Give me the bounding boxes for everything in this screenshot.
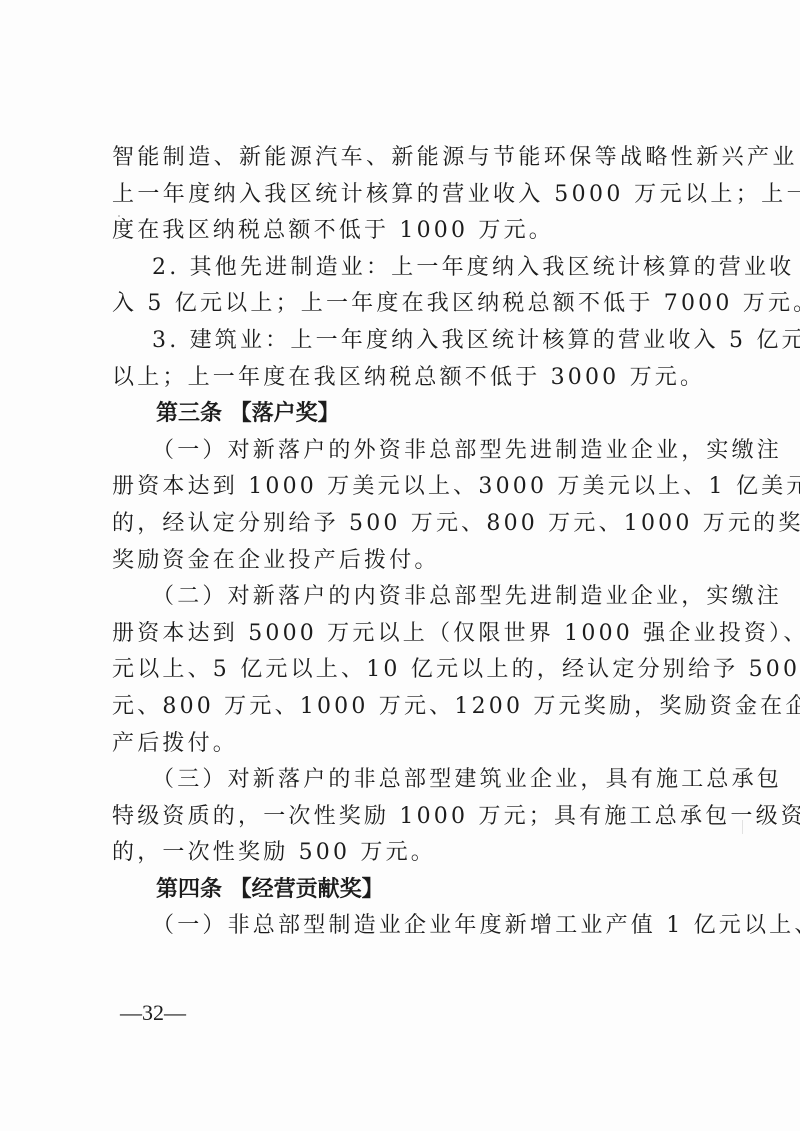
- paragraph-line: 入 5 亿元以上；上一年度在我区纳税总额不低于 7000 万元。: [112, 286, 712, 323]
- paragraph-line: 的，一次性奖励 500 万元。: [112, 835, 712, 872]
- clause-line: （一）非总部型制造业企业年度新增工业产值 1 亿元以上、: [112, 908, 712, 945]
- scan-speck: [118, 215, 120, 217]
- paragraph-line: 度在我区纳税总额不低于 1000 万元。: [112, 213, 712, 250]
- clause-line: （三）对新落户的非总部型建筑业企业，具有施工总承包: [112, 762, 712, 799]
- article-heading-4: 第四条 【经营贡献奖】: [112, 872, 712, 909]
- paragraph-line: 特级资质的，一次性奖励 1000 万元；具有施工总承包一级资质: [112, 799, 712, 836]
- document-page: 智能制造、新能源汽车、新能源与节能环保等战略性新兴产业： 上一年度纳入我区统计核…: [0, 0, 800, 1131]
- article-heading-3: 第三条 【落户奖】: [112, 396, 712, 433]
- paragraph-line: 册资本达到 5000 万元以上（仅限世界 1000 强企业投资）、2 亿: [112, 616, 712, 653]
- paragraph-line: 智能制造、新能源汽车、新能源与节能环保等战略性新兴产业：: [112, 140, 712, 177]
- list-item-line: 3. 建筑业：上一年度纳入我区统计核算的营业收入 5 亿元: [112, 323, 712, 360]
- paragraph-line: 上一年度纳入我区统计核算的营业收入 5000 万元以上；上一年: [112, 177, 712, 214]
- paragraph-line: 以上；上一年度在我区纳税总额不低于 3000 万元。: [112, 360, 712, 397]
- paragraph-line: 元以上、5 亿元以上、10 亿元以上的，经认定分别给予 500 万: [112, 652, 712, 689]
- list-item-line: 2. 其他先进制造业：上一年度纳入我区统计核算的营业收: [112, 250, 712, 287]
- page-number: —32—: [120, 1000, 186, 1026]
- paragraph-line: 册资本达到 1000 万美元以上、3000 万美元以上、1 亿美元以上: [112, 469, 712, 506]
- document-body: 智能制造、新能源汽车、新能源与节能环保等战略性新兴产业： 上一年度纳入我区统计核…: [112, 140, 712, 945]
- paragraph-line: 元、800 万元、1000 万元、1200 万元奖励，奖励资金在企业投: [112, 689, 712, 726]
- paragraph-line: 奖励资金在企业投产后拨付。: [112, 543, 712, 580]
- scan-speck: [742, 820, 743, 834]
- clause-line: （一）对新落户的外资非总部型先进制造业企业，实缴注: [112, 433, 712, 470]
- clause-line: （二）对新落户的内资非总部型先进制造业企业，实缴注: [112, 579, 712, 616]
- paragraph-line: 的，经认定分别给予 500 万元、800 万元、1000 万元的奖励，: [112, 506, 712, 543]
- paragraph-line: 产后拨付。: [112, 726, 712, 763]
